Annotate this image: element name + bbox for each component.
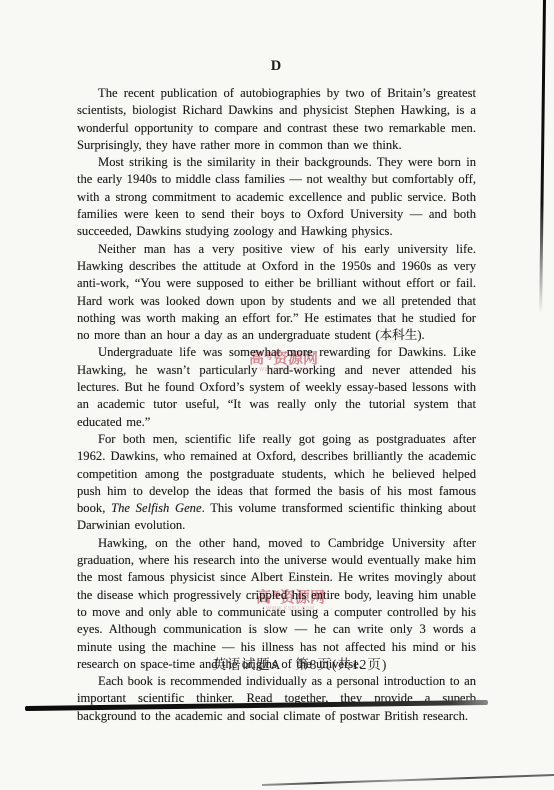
passage-paragraph-3: Neither man has a very positive view of … <box>77 241 476 345</box>
passage-paragraph-2: Most striking is the similarity in their… <box>77 154 476 240</box>
passage-paragraph-5: For both men, scientific life really got… <box>77 431 476 535</box>
reading-passage: D The recent publication of autobiograph… <box>77 57 476 725</box>
page-footer: 英语试题A 第8页(共12页) <box>213 653 388 673</box>
passage-paragraph-7: Each book is recommended individually as… <box>77 673 476 725</box>
scan-edge-artifact-right <box>539 0 545 314</box>
scan-artifact-bottom-right-line <box>262 774 554 786</box>
book-title-italic: The Selfish Gene <box>111 501 202 515</box>
section-heading: D <box>77 57 476 76</box>
passage-paragraph-4: Undergraduate life was somewhat more rew… <box>77 344 476 430</box>
passage-paragraph-1: The recent publication of autobiographie… <box>77 85 476 154</box>
scanned-exam-page: D The recent publication of autobiograph… <box>0 0 554 790</box>
